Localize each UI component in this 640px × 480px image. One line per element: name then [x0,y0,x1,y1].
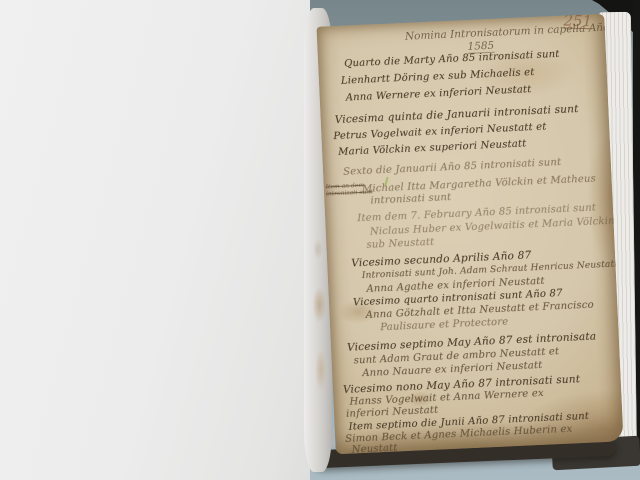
manuscript-line: Lienhartt Döring ex sub Michaelis et [341,67,535,87]
photograph-of-open-manuscript-book: 251 Nomina Intronisatorum in capella Año… [0,0,640,480]
manuscript-line: Anna Wernere ex inferiori Neustatt [345,84,531,103]
manuscript-line: Sexto die Januarii Año 85 intronisati su… [343,157,562,178]
heading-line: Nomina Intronisatorum in capella Año 85 [405,21,624,43]
manuscript-line: sub Neustatt [366,237,434,251]
manuscript-line: Maria Völckin ex superiori Neustatt [338,138,527,158]
manuscript-line: intronisati sunt [370,192,451,207]
manuscript-recto-page: 251 Nomina Intronisatorum in capella Año… [316,14,623,455]
blank-verso-page [0,0,310,480]
manuscript-line: Michael Itta Margaretha Völckin et Mathe… [362,173,596,195]
